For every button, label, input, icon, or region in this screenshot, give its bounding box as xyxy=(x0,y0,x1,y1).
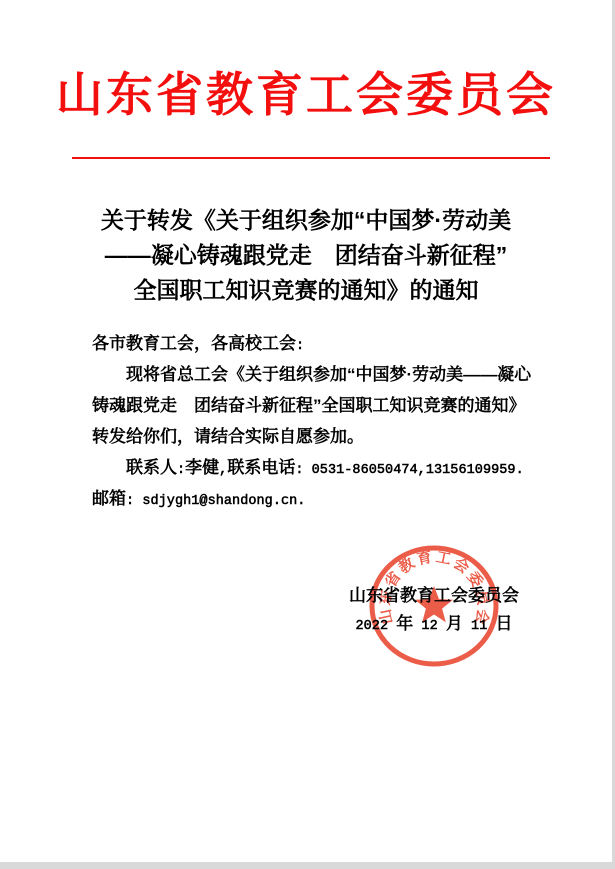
body-text-line: 转发给你们，请结合实际自愿参加。 xyxy=(92,424,552,455)
notice-title: 关于转发《关于组织参加“中国梦·劳动美 ——凝心铸魂跟党走 团结奋斗新征程” 全… xyxy=(0,203,612,308)
email-line: 邮箱: sdjygh1@shandong.cn. xyxy=(92,486,552,517)
notice-title-line: 全国职工知识竞赛的通知》的通知 xyxy=(0,273,612,308)
body-text-line: 现将省总工会《关于组织参加“中国梦·劳动美——凝心 xyxy=(92,362,552,393)
salutation-line: 各市教育工会，各高校工会: xyxy=(92,331,552,362)
notice-body: 各市教育工会，各高校工会: 现将省总工会《关于组织参加“中国梦·劳动美——凝心 … xyxy=(92,331,552,517)
body-text-line: 铸魂跟党走 团结奋斗新征程”全国职工知识竞赛的通知》 xyxy=(92,393,552,424)
notice-title-line: ——凝心铸魂跟党走 团结奋斗新征程” xyxy=(0,238,612,273)
signature-org: 山东省教育工会委员会 xyxy=(318,580,550,611)
notice-title-line: 关于转发《关于组织参加“中国梦·劳动美 xyxy=(0,203,612,238)
signature-date: 2022 年 12 月 11 日 xyxy=(318,611,550,642)
contact-info-line: 联系人:李健,联系电话: 0531-86050474,13156109959. xyxy=(92,455,552,486)
document-viewport: { "header": { "title": "山东省教育工会委员会" }, "… xyxy=(0,0,615,869)
letterhead-title: 山东省教育工会委员会 xyxy=(0,64,612,128)
letterhead-divider xyxy=(72,157,550,159)
signature-block: 山东省教育工会委员会 2022 年 12 月 11 日 xyxy=(318,580,550,642)
document-page: 山东省教育工会委员会 关于转发《关于组织参加“中国梦·劳动美 ——凝心铸魂跟党走… xyxy=(0,0,612,862)
